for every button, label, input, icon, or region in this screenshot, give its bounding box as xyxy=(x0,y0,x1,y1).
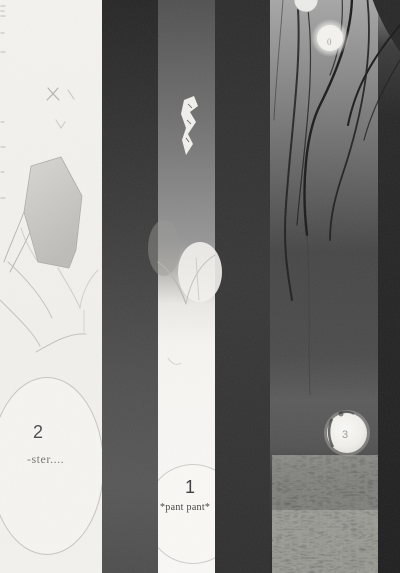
panel-number-2: 2 xyxy=(33,422,43,443)
gutter-strip-right xyxy=(378,0,400,573)
dialogue-text-1: *pant pant* xyxy=(160,502,210,513)
gutter-strip-center xyxy=(215,0,270,573)
gutter-strip-left xyxy=(102,0,158,573)
panel-night-scene xyxy=(270,0,378,573)
dialogue-text-2: -ster.... xyxy=(27,452,64,467)
manga-page: 2 -ster.... 1 *pant pant* xyxy=(0,0,400,573)
panel-number-1: 1 xyxy=(185,477,195,498)
